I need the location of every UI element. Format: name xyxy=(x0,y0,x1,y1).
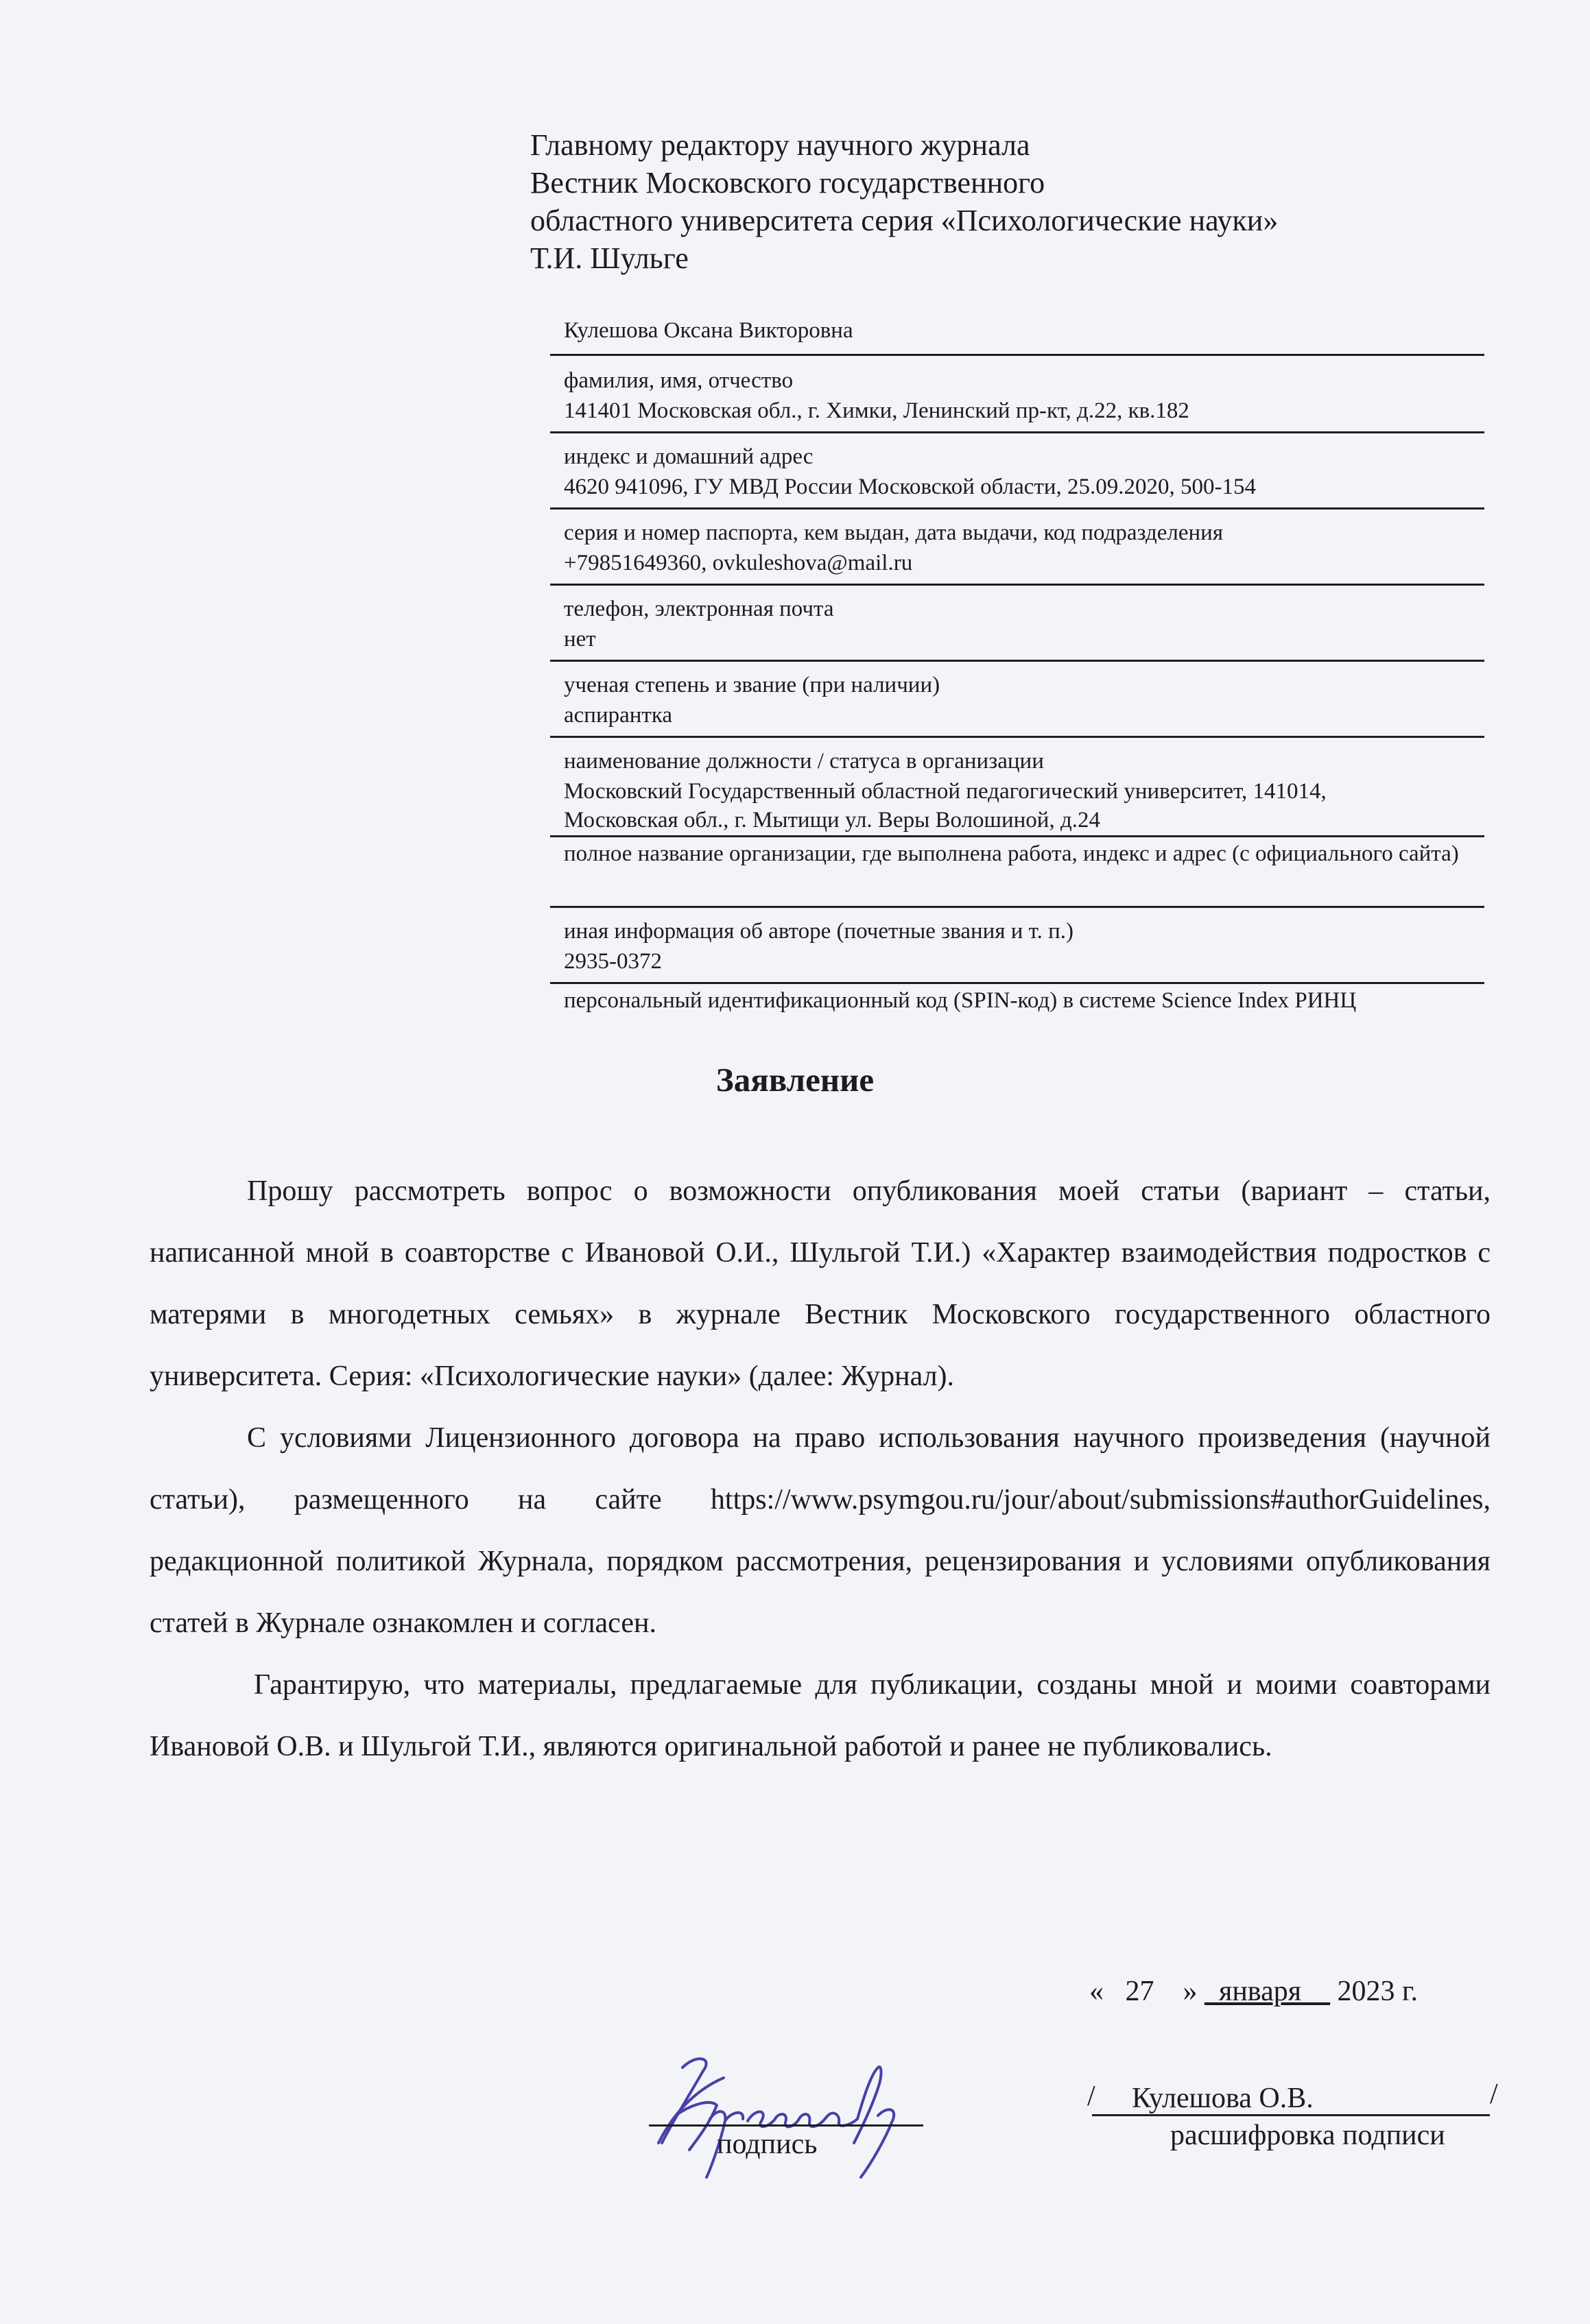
signature-caption: подпись xyxy=(717,2128,817,2161)
date-month: января xyxy=(1219,1976,1301,2007)
passport-value: 4620 941096, ГУ МВД России Московской об… xyxy=(550,472,1484,502)
address-label: индекс и домашний адрес xyxy=(550,442,1484,472)
divider xyxy=(550,431,1484,433)
contacts-value: +79851649360, ovkuleshova@mail.ru xyxy=(550,548,1484,578)
spin-code-label: персональный идентификационный код (SPIN… xyxy=(550,985,1484,1016)
divider xyxy=(550,660,1484,662)
statement-paragraph: С условиями Лицензионного договора на пр… xyxy=(150,1407,1491,1654)
organization-label: полное название организации, где выполне… xyxy=(550,839,1484,869)
form-row-position: аспирантка наименование должности / стат… xyxy=(550,700,1484,776)
divider xyxy=(550,507,1484,510)
passport-label: серия и номер паспорта, кем выдан, дата … xyxy=(550,518,1484,548)
statement-body: Прошу рассмотреть вопрос о возможности о… xyxy=(150,1160,1491,1777)
decryption-slash-right: / xyxy=(1490,2078,1498,2111)
degree-value: нет xyxy=(550,624,1484,654)
statement-paragraph: Гарантирую, что материалы, предлагаемые … xyxy=(150,1654,1491,1777)
addressee-block: Главному редактору научного журнала Вест… xyxy=(530,126,1278,277)
address-value: 141401 Московская обл., г. Химки, Ленинс… xyxy=(550,396,1484,426)
form-row-degree: нет ученая степень и звание (при наличии… xyxy=(550,624,1484,700)
contacts-label: телефон, электронная почта xyxy=(550,594,1484,624)
decryption-name: Кулешова О.В. xyxy=(1132,2082,1314,2115)
addressee-line: Вестник Московского государственного xyxy=(530,164,1278,202)
form-row-other-info: иная информация об авторе (почетные зван… xyxy=(550,869,1484,946)
addressee-line: областного университета серия «Психологи… xyxy=(530,202,1278,239)
date-close-quote: » xyxy=(1183,1976,1198,2007)
degree-label: ученая степень и звание (при наличии) xyxy=(550,670,1484,700)
form-row-passport: 4620 941096, ГУ МВД России Московской об… xyxy=(550,472,1484,548)
handwritten-signature xyxy=(634,2040,943,2184)
organization-value-line2: Московская обл., г. Мытищи ул. Веры Воло… xyxy=(550,806,1484,834)
divider xyxy=(550,982,1484,984)
form-row-address: 141401 Московская обл., г. Химки, Ленинс… xyxy=(550,396,1484,472)
position-value: аспирантка xyxy=(550,700,1484,730)
full-name-value: Кулешова Оксана Викторовна xyxy=(550,315,1484,346)
divider xyxy=(550,736,1484,738)
signature-line xyxy=(649,2124,923,2127)
date-day: 27 xyxy=(1126,1976,1154,2007)
author-info-form: Кулешова Оксана Викторовна фамилия, имя,… xyxy=(550,315,1484,1016)
form-row-organization: Московский Государственный областной пед… xyxy=(550,776,1484,869)
organization-value-line1: Московский Государственный областной пед… xyxy=(550,776,1484,806)
spin-code-value: 2935-0372 xyxy=(550,946,1484,977)
decryption-slash-left: / xyxy=(1087,2080,1095,2113)
date-open-quote: « xyxy=(1089,1976,1104,2007)
date-line: « 27 » _января__ 2023 г. xyxy=(1089,1975,1418,2008)
divider xyxy=(550,906,1484,908)
full-name-label: фамилия, имя, отчество xyxy=(550,366,1484,396)
other-info-label: иная информация об авторе (почетные зван… xyxy=(550,916,1484,946)
date-year: 2023 г. xyxy=(1338,1976,1419,2007)
form-row-full-name: Кулешова Оксана Викторовна фамилия, имя,… xyxy=(550,315,1484,396)
addressee-line: Главному редактору научного журнала xyxy=(530,126,1278,164)
divider xyxy=(550,584,1484,586)
decryption-caption: расшифровка подписи xyxy=(1170,2119,1445,2152)
statement-title: Заявление xyxy=(0,1060,1590,1099)
other-info-value xyxy=(550,869,1484,900)
statement-paragraph: Прошу рассмотреть вопрос о возможности о… xyxy=(150,1160,1491,1407)
divider xyxy=(550,354,1484,356)
form-row-contacts: +79851649360, ovkuleshova@mail.ru телефо… xyxy=(550,548,1484,624)
divider xyxy=(550,835,1484,837)
form-row-spin-code: 2935-0372 персональный идентификационный… xyxy=(550,946,1484,1016)
addressee-line: Т.И. Шульге xyxy=(530,239,1278,277)
position-label: наименование должности / статуса в орган… xyxy=(550,746,1484,776)
